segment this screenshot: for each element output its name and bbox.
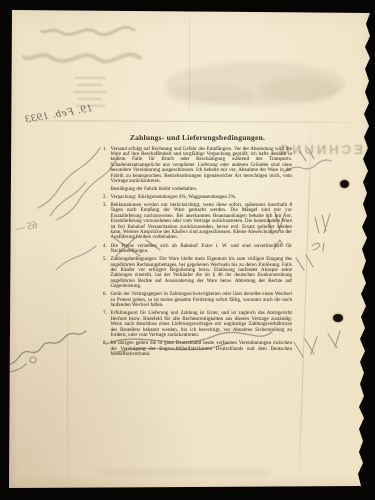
term-text: Gerät der Vertragsgegner in Zahlungsschw…: [111, 292, 293, 308]
terms-section: Zahlungs- und Lieferungsbedingungen. 1. …: [103, 133, 292, 360]
term-text: Die Preise verstehen sich ab Bahnhof Ext…: [111, 244, 293, 254]
fold-crease-vertical-left: [67, 305, 68, 488]
term-text: Versand erfolgt auf Rechnung und Gefahr …: [111, 147, 293, 184]
term-item-6: 6. Gerät der Vertragsgegner in Zahlungss…: [103, 292, 292, 308]
term-note: Bestätigung der Fabrik bleibt vorbehalte…: [111, 187, 293, 192]
term-text: Im übrigen gelten die in ganz Deutschlan…: [111, 341, 293, 357]
term-text: Zahlungsbedingungen: Die Ware bleibt mei…: [111, 257, 293, 289]
term-item-3: 3. Reklamationen werden nur berücksichti…: [103, 203, 292, 241]
term-item-7: 7. Erfüllungsort für Lieferung und Zahlu…: [103, 311, 292, 338]
term-number: 8.: [103, 341, 107, 346]
letterhead-script-bleedthrough: [24, 27, 140, 106]
terms-heading: Zahlungs- und Lieferungsbedingungen.: [103, 133, 292, 142]
term-number: 4.: [103, 244, 107, 249]
term-item-1: 1. Versand erfolgt auf Rechnung und Gefa…: [103, 147, 292, 192]
punch-hole-top: [340, 180, 349, 188]
term-text: Erfüllungsort für Lieferung und Zahlung …: [111, 311, 293, 338]
term-item-2: 2. Verpackung: Stückgutsendungen 4%, Wag…: [103, 195, 292, 200]
term-text: Verpackung: Stückgutsendungen 4%, Waggon…: [111, 195, 237, 200]
term-item-4: 4. Die Preise verstehen sich ab Bahnhof …: [103, 244, 292, 255]
term-number: 6.: [103, 292, 107, 297]
term-item-8: 8. Im übrigen gelten die in ganz Deutsch…: [103, 341, 292, 357]
term-number: 3.: [103, 203, 107, 208]
term-number: 1.: [103, 147, 107, 152]
handwritten-date-bleedthrough: 19. Feb. 1933: [23, 102, 93, 126]
term-item-5: 5. Zahlungsbedingungen: Die Ware bleibt …: [103, 257, 292, 289]
term-number: 5.: [103, 257, 107, 262]
photo-background: 19. Feb. 1933 RECHNUNG 65 — Zahlungs- un…: [0, 0, 375, 500]
term-text: Reklamationen werden nur berücksichtigt,…: [111, 203, 293, 240]
letterhead-address-lines-bleedthrough: [73, 77, 107, 107]
terms-list: 1. Versand erfolgt auf Rechnung und Gefa…: [103, 147, 292, 358]
handwritten-amount-bleedthrough: 65 —: [15, 220, 38, 235]
term-number: 7.: [103, 311, 107, 316]
fold-crease-vertical-right: [298, 123, 312, 488]
term-number: 2.: [103, 195, 107, 200]
document-paper: 19. Feb. 1933 RECHNUNG 65 — Zahlungs- un…: [0, 0, 375, 500]
punch-hole-bottom: [333, 314, 343, 322]
fold-crease-vertical-top: [189, 11, 190, 122]
